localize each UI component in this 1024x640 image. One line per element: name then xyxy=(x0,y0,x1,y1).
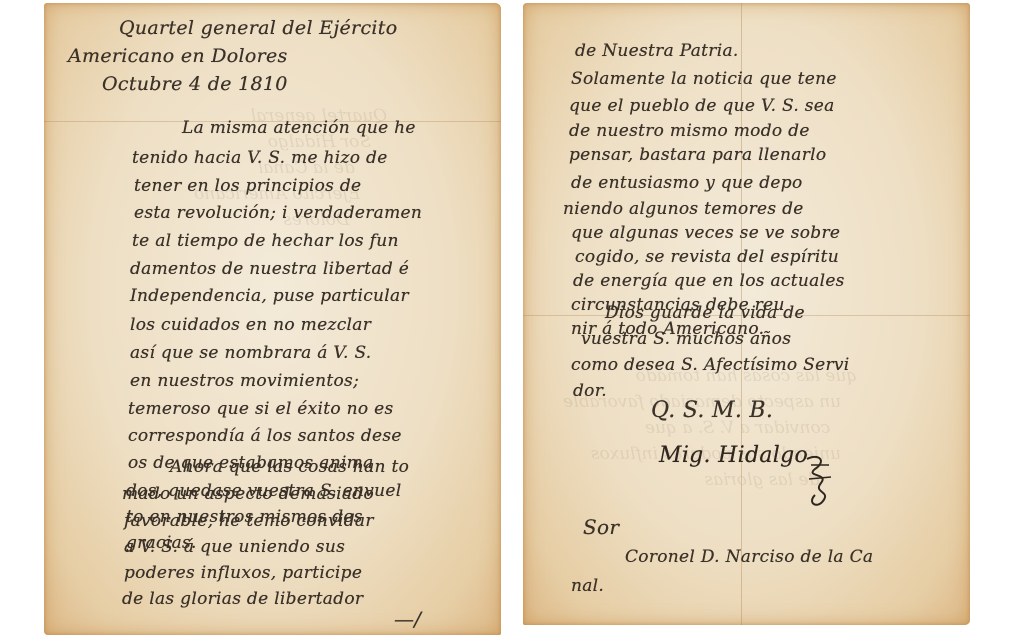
text-line: tenido hacia V. S. me hizo de xyxy=(132,148,388,168)
text-line: de Nuestra Patria. xyxy=(575,41,739,61)
text-line: La misma atención que he xyxy=(182,118,416,138)
text-line: poderes influxos, participe xyxy=(124,563,362,583)
text-line: así que se nombrara á V. S. xyxy=(130,343,372,363)
text-line: que el pueblo de que V. S. sea xyxy=(569,96,835,116)
signature-hidalgo: Mig. Hidalgo xyxy=(659,443,808,468)
addressee-line: Coronel D. Narciso de la Ca xyxy=(625,547,873,567)
closing-line: como desea S. Afectísimo Servi xyxy=(571,355,850,375)
closing-line: dor. xyxy=(573,381,607,401)
letter-date: Octubre 4 de 1810 xyxy=(102,73,288,95)
text-line: de nuestro mismo modo de xyxy=(569,121,810,141)
closing-line: vuestra S. muchos años xyxy=(581,329,791,349)
letter-page-left: Quartel general Sor Hidalgo de la Canal … xyxy=(44,3,501,635)
text-line: te al tiempo de hechar los fun xyxy=(132,231,399,251)
letter-heading-location: Americano en Dolores xyxy=(68,45,288,67)
text-line: Independencia, puse particular xyxy=(130,286,409,306)
addressee-line: nal. xyxy=(571,576,604,596)
text-line: niendo algunos temores de xyxy=(563,199,804,219)
page-turn-mark: —/ xyxy=(394,607,421,631)
text-line: damentos de nuestra libertad é xyxy=(130,259,409,279)
text-line: temeroso que si el éxito no es xyxy=(128,399,394,419)
text-line: Solamente la noticia que tene xyxy=(571,69,837,89)
text-line: en nuestros movimientos; xyxy=(130,371,359,391)
text-line: favorable, he temo convidar xyxy=(124,511,374,531)
closing-line: Dios guarde la vida de xyxy=(605,303,805,323)
letter-heading: Quartel general del Ejército xyxy=(119,17,397,39)
text-line: pensar, bastara para llenarlo xyxy=(569,145,826,165)
text-line: tener en los principios de xyxy=(134,176,361,196)
text-line: que algunas veces se ve sobre xyxy=(571,223,840,243)
text-line: los cuidados en no mezclar xyxy=(130,315,371,335)
text-line: de entusiasmo y que depo xyxy=(571,173,802,193)
text-line: cogido, se revista del espíritu xyxy=(575,247,839,267)
letter-page-right: que las cosas han tomado un aspecto dema… xyxy=(523,3,970,625)
text-line: de las glorias de libertador xyxy=(122,589,363,609)
text-line: a V. S. á que uniendo sus xyxy=(124,537,345,557)
text-line: esta revolución; i verdaderamen xyxy=(134,203,422,223)
addressee-salutation: Sor xyxy=(583,515,619,539)
signature-rubric-icon xyxy=(801,451,837,511)
text-line: correspondía á los santos dese xyxy=(128,426,402,446)
closing-abbreviation: Q. S. M. B. xyxy=(651,398,773,423)
text-line: mado un aspecto demasiado xyxy=(122,484,374,504)
text-line: de energía que en los actuales xyxy=(573,271,845,291)
text-line: Ahora que las cosas han to xyxy=(170,457,409,477)
